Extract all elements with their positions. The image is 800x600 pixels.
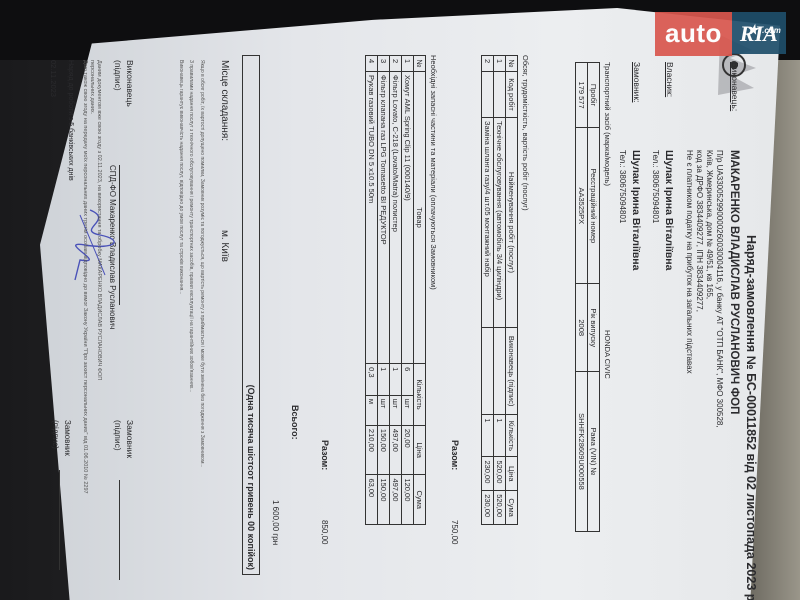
works-header: Найменування робіт (послуг) (506, 118, 518, 328)
row-name: Заміна шланга газу/4 шт.05 монтажний наб… (482, 118, 494, 328)
consent-line: Даю також свою згоду на передачу моїх пе… (82, 60, 88, 494)
grand-total-label: Всього: (290, 405, 300, 440)
vehicle-year: 2008 (576, 284, 588, 372)
autoria-watermark: auto ★ RIA .com (655, 12, 786, 54)
row-qty: 1 (482, 415, 494, 457)
row-number: 2 (390, 56, 402, 72)
row-name: Фільтр клапана газ LPG Tomasetto ВІ РЕДУ… (378, 72, 390, 364)
place-label: Місце складання: (219, 60, 230, 141)
terms-paragraph: Якщо в обсяг робіт, їх вартості допущено… (199, 60, 206, 530)
table-row: 3 Фільтр клапана газ LPG Tomasetto ВІ РЕ… (378, 56, 390, 525)
customer-sign-bottom-line (59, 470, 60, 570)
parts-total-label: Разом: (320, 440, 330, 470)
table-row: 4 Рукав газовий TUBO DN 5 x10.5 50m 0,3 … (366, 56, 378, 525)
row-number: 4 (366, 56, 378, 72)
row-number: 1 (494, 56, 506, 72)
row-code (482, 72, 494, 118)
issuer-line: Не є платником податку на прибуток на за… (685, 150, 694, 374)
row-qty: 1 (494, 415, 506, 457)
row-sum: 63,00 (366, 475, 378, 525)
document-title: Наряд-замовлення № БС-00011852 від 02 ли… (744, 235, 758, 600)
row-sum: 520,00 (494, 491, 506, 525)
row-qty: 1 (378, 364, 390, 396)
owner-label: Власник: (665, 62, 675, 97)
parts-header: № (414, 56, 426, 72)
works-header: Виконавець (підпис) (506, 327, 518, 414)
works-header: Сума (506, 491, 518, 525)
grand-total-words-box: (Одна тисяча шістсот гривень 00 копійок) (242, 55, 260, 575)
owner-name: Шулак Ірина Віталіївна (663, 150, 675, 270)
issuer-name: МАКАРЕНКО ВЛАДИСЛАВ РУСЛАНОВИЧ ФОП (728, 150, 740, 414)
parts-total-value: 850,00 (320, 520, 329, 544)
row-price: 520,00 (494, 457, 506, 491)
parts-header: Сума (414, 475, 426, 525)
row-price: 230,00 (482, 457, 494, 491)
table-row: 2 Фільтр Lovato, С-218 (Lovato/Matra) по… (390, 56, 402, 525)
customer-sign-line (119, 480, 120, 580)
row-price: 497,00 (390, 425, 402, 475)
row-unit: м (366, 395, 378, 425)
customer-label: Замовник: (632, 62, 642, 102)
executor-label: Виконавець: (730, 62, 740, 111)
row-unit: шт (390, 395, 402, 425)
row-name: Технічне обслуговування (автомобіль 3/4 … (494, 118, 506, 328)
work-order-document: Наряд-замовлення № БС-00011852 від 02 ли… (40, 0, 800, 600)
works-total-value: 750,00 (450, 520, 459, 544)
works-table: № Код робіт Найменування робіт (послуг) … (481, 55, 518, 525)
terms-paragraph: З правилами надання послуг з технічного … (188, 60, 195, 530)
row-qty: 1 (390, 364, 402, 396)
vehicle-header: Реєстраційний номер (588, 128, 600, 284)
vehicle-header: Рік випуску (588, 284, 600, 372)
row-executor (482, 327, 494, 414)
issuer-line: П/р UA330052990000260030004116, у банку … (715, 150, 724, 428)
row-sum: 120,00 (402, 475, 414, 525)
watermark-auto: auto (655, 12, 732, 56)
signature-icon (70, 205, 120, 285)
consent-line: персональних даних. (89, 60, 95, 114)
owner-tel: Тел.: 380675094801 (651, 150, 660, 223)
row-qty: 6 (402, 364, 414, 396)
row-code (494, 72, 506, 118)
vehicle-table: Пробіг Реєстраційний номер Рік випуску Р… (575, 62, 600, 532)
watermark-suffix: .com (762, 9, 781, 53)
terms-text: Якщо в обсяг робіт, їх вартості допущено… (178, 60, 206, 530)
executor-sign-sub: (підпис) (113, 60, 123, 91)
customer-sign-sub: (підпис) (113, 420, 123, 451)
table-row: 1 Технічне обслуговування (автомобіль 3/… (494, 56, 506, 525)
vehicle-vin: SHHFK28609U000558 (576, 372, 588, 532)
row-name: Рукав газовий TUBO DN 5 x10.5 50m (366, 72, 378, 364)
grand-total-value: 1 600,00 грн (271, 500, 280, 545)
row-sum: 150,00 (378, 475, 390, 525)
row-number: 2 (482, 56, 494, 72)
table-row: 1 Хомут AML Spring Clip 11 (000140/9) 6 … (402, 56, 414, 525)
customer-sign-bottom-sub: (підпис) (51, 420, 60, 449)
works-caption: Обсяг, трудомісткість, вартість робіт (п… (521, 55, 530, 211)
issuer-line: Київ, Жмеринська, дом № 49/51, кв 165, (705, 150, 714, 299)
row-price: 150,00 (378, 425, 390, 475)
table-row: 2 Заміна шланга газу/4 шт.05 монтажний н… (482, 56, 494, 525)
row-sum: 230,00 (482, 491, 494, 525)
executor-sign-label: Виконавець (125, 60, 135, 107)
row-unit: шт (378, 395, 390, 425)
customer-tel: Тел.: 380675094801 (618, 150, 627, 223)
customer-sign-bottom-label: Замовник (63, 420, 72, 456)
vehicle-mileage: 179 577 (576, 63, 588, 128)
customer-name: Шулак Ірина Віталіївна (630, 150, 642, 270)
watermark-ria: ★ RIA .com (732, 12, 786, 54)
parts-caption: Необхідні запасні частини та матеріали (… (429, 55, 438, 290)
row-unit: шт (402, 395, 414, 425)
document-date: 02.11.2023 (49, 60, 58, 97)
row-price: 20,00 (402, 425, 414, 475)
issuer-line: код за ДРФО 3834409277, ІПН 3834409277, (695, 150, 704, 312)
row-qty: 0,3 (366, 364, 378, 396)
row-name: Фільтр Lovato, С-218 (Lovato/Matra) поли… (390, 72, 402, 364)
star-icon: ★ (747, 8, 759, 52)
vehicle-reg-number: AA3525PX (576, 128, 588, 284)
vehicle-caption: Транспортний засіб (марка/модель) (603, 62, 612, 186)
row-price: 210,00 (366, 425, 378, 475)
received-text: Наряд до роботи з 5 банківських днів (67, 60, 74, 181)
row-executor (494, 327, 506, 414)
vehicle-header: Рама (VIN) № (588, 372, 600, 532)
parts-table: № Товар Кількість Ціна Сума 1 Хомут AML … (365, 55, 426, 525)
consent-line: Даним документом вже свою згоду з 02.11.… (96, 60, 102, 380)
row-number: 1 (402, 56, 414, 72)
terms-paragraph: Виконавець гарантує виконавчість надання… (178, 60, 185, 530)
vehicle-model: HONDA CIVIC (603, 330, 612, 379)
customer-sign-label: Замовник (125, 420, 135, 458)
row-sum: 497,00 (390, 475, 402, 525)
parts-header: Товар (414, 72, 426, 364)
works-header: № (506, 56, 518, 72)
row-name: Хомут AML Spring Clip 11 (000140/9) (402, 72, 414, 364)
works-header: Код робіт (506, 72, 518, 118)
parts-header: Ціна (414, 425, 426, 475)
grand-total-words: (Одна тисяча шістсот гривень 00 копійок) (246, 385, 256, 570)
place-value: м. Київ (219, 230, 230, 262)
works-header: Ціна (506, 457, 518, 491)
works-total-label: Разом: (450, 440, 460, 470)
works-header: Кількість (506, 415, 518, 457)
vehicle-header: Пробіг (588, 63, 600, 128)
row-number: 3 (378, 56, 390, 72)
parts-header: Кількість (414, 364, 426, 426)
